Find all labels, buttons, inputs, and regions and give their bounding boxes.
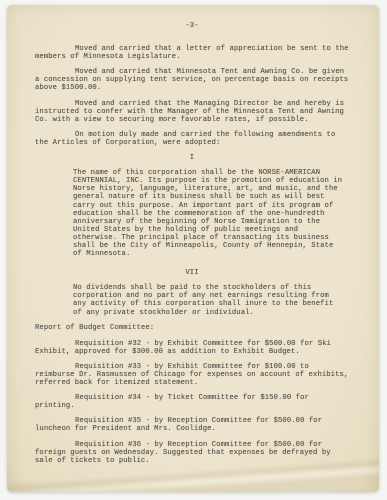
page-number: -3-	[35, 22, 349, 30]
requisition-33-paragraph: Requisition #33 - by Exhibit Committee f…	[35, 363, 349, 387]
requisition-36-paragraph: Requisition #36 - by Reception Committee…	[35, 441, 349, 465]
article-heading-seven: VII	[35, 269, 349, 277]
article-one-text: The name of this corporation shall be th…	[73, 169, 345, 258]
budget-report-heading: Report of Budget Committee:	[35, 324, 349, 332]
motion-paragraph-amendments: On motion duly made and carried the foll…	[35, 131, 349, 147]
document-page: -3- Moved and carried that a letter of a…	[7, 5, 379, 492]
article-heading-one: I	[35, 154, 349, 162]
motion-paragraph-tent-concession: Moved and carried that Minnesota Tent an…	[35, 68, 349, 92]
page-content: -3- Moved and carried that a letter of a…	[35, 22, 349, 472]
article-seven-text: No dividends shall be paid to the stockh…	[73, 284, 345, 316]
requisition-34-paragraph: Requisition #34 - by Ticket Committee fo…	[35, 394, 349, 410]
motion-paragraph-appreciation-letter: Moved and carried that a letter of appre…	[35, 45, 349, 61]
requisition-32-paragraph: Requisition #32 - by Exhibit Committee f…	[35, 340, 349, 356]
motion-paragraph-managing-director: Moved and carried that the Managing Dire…	[35, 100, 349, 124]
requisition-35-paragraph: Requisition #35 - by Reception Committee…	[35, 417, 349, 433]
